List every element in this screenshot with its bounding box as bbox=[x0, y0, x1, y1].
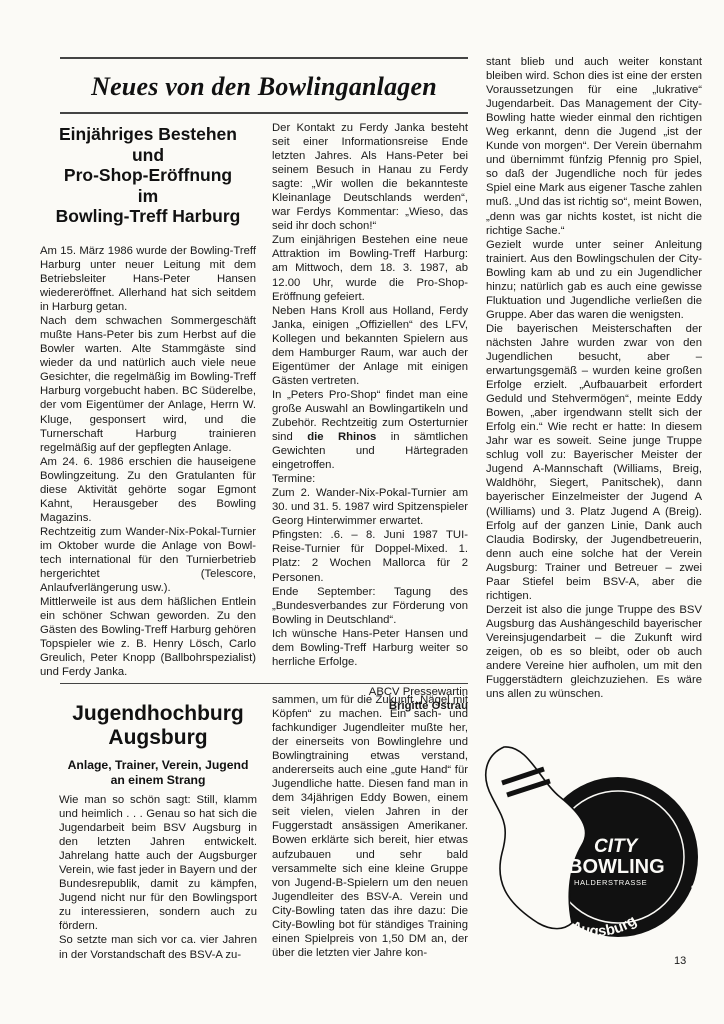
paragraph: Am 15. März 1986 wurde der Bowling-Treff… bbox=[40, 244, 256, 314]
rhinos-emphasis: die Rhinos bbox=[307, 431, 376, 443]
paragraph: Wie man so schön sagt: Still, klamm und … bbox=[59, 793, 257, 933]
article1-title: Einjähriges Bestehen und Pro-Shop-Eröffn… bbox=[40, 124, 256, 227]
paragraph: Zum einjährigen Bestehen eine neue Attra… bbox=[272, 233, 468, 303]
paragraph: Ende September: Tagung des „Bundesverban… bbox=[272, 585, 468, 627]
logo-bowling: BOWLING bbox=[568, 856, 665, 878]
paragraph: Zum 2. Wander-Nix-Pokal-Turnier am 30. u… bbox=[272, 486, 468, 528]
paragraph: Am 24. 6. 1986 erschien die hauseigene B… bbox=[40, 455, 256, 525]
paragraph: So setzte man sich vor ca. vier Jahren i… bbox=[59, 933, 257, 961]
paragraph: Pfingsten: .6. – 8. Juni 1987 TUI-Reise-… bbox=[272, 528, 468, 584]
article2-col2: sammen, um für die Zukunft „Nägel mit Kö… bbox=[272, 693, 468, 960]
section-title: Neues von den Bowlinganlagen bbox=[60, 72, 468, 102]
paragraph: Rechtzeitig zum Wander-Nix-Pokal-Turnier… bbox=[40, 525, 256, 595]
paragraph: Neben Hans Kroll aus Holland, Ferdy Jank… bbox=[272, 304, 468, 388]
article2-col3: stant blieb und auch weiter konstant ble… bbox=[486, 55, 702, 701]
page-number: 13 bbox=[674, 955, 686, 967]
paragraph: Gezielt wurde unter seiner Anleitung tra… bbox=[486, 238, 702, 322]
paragraph: In „Peters Pro-Shop“ findet man eine gro… bbox=[272, 388, 468, 472]
article2-col1: Jugendhochburg Augsburg Anlage, Trainer,… bbox=[59, 702, 257, 962]
paragraph: Der Kontakt zu Ferdy Janka besteht seit … bbox=[272, 121, 468, 233]
logo-street: HALDERSTRASSE bbox=[574, 878, 647, 887]
paragraph: Derzeit ist also die junge Truppe des BS… bbox=[486, 603, 702, 701]
article2-title: Jugendhochburg Augsburg bbox=[59, 702, 257, 750]
article2-subtitle: Anlage, Trainer, Verein, Jugend an einem… bbox=[59, 758, 257, 787]
paragraph: Mittlerweile ist aus dem häßlichen Entle… bbox=[40, 595, 256, 679]
article-divider bbox=[60, 683, 468, 684]
masthead-rule bbox=[60, 112, 468, 114]
article1-col2: Der Kontakt zu Ferdy Janka besteht seit … bbox=[272, 121, 468, 713]
article1-col1: Einjähriges Bestehen und Pro-Shop-Eröffn… bbox=[40, 124, 256, 679]
logo-city: CITY bbox=[594, 836, 640, 857]
paragraph: Ich wünsche Hans-Peter Hansen und dem Bo… bbox=[272, 627, 468, 669]
paragraph: Die bayerischen Meisterschaften der näch… bbox=[486, 322, 702, 603]
paragraph: Nach dem schwachen Sommergeschäft mußte … bbox=[40, 314, 256, 454]
paragraph: stant blieb und auch weiter konstant ble… bbox=[486, 55, 702, 238]
paragraph: sammen, um für die Zukunft „Nägel mit Kö… bbox=[272, 693, 468, 960]
city-bowling-logo: weil's Spaß macht Augsburg CITY BOWLING … bbox=[480, 725, 705, 945]
paragraph: Termine: bbox=[272, 472, 468, 486]
top-rule bbox=[60, 57, 468, 59]
